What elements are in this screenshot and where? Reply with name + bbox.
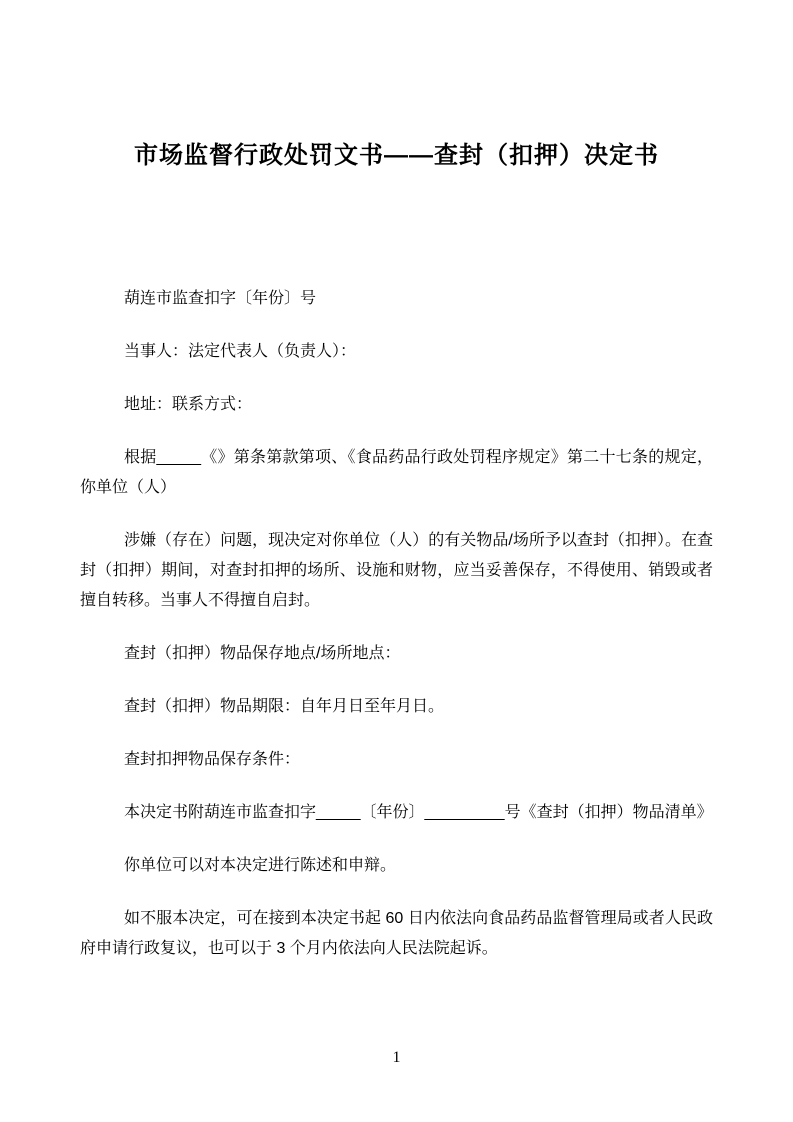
paragraph-attachment-list: 本决定书附葫连市监查扣字_____〔年份〕_________号《查封（扣押）物品… (80, 798, 713, 828)
paragraph-seizure-decision: 涉嫌（存在）问题，现决定对你单位（人）的有关物品/场所予以查封（扣押）。在查封（… (80, 526, 713, 616)
paragraph-storage-condition: 查封扣押物品保存条件： (80, 745, 713, 775)
document-page: 市场监督行政处罚文书——查封（扣押）决定书 葫连市监查扣字〔年份〕号 当事人：法… (0, 0, 793, 1122)
paragraph-address-line: 地址：联系方式： (80, 390, 713, 420)
paragraph-reference-number: 葫连市监查扣字〔年份〕号 (80, 284, 713, 314)
document-title: 市场监督行政处罚文书——查封（扣押）决定书 (0, 0, 793, 172)
paragraph-party-line: 当事人：法定代表人（负责人）： (80, 337, 713, 367)
document-body: 葫连市监查扣字〔年份〕号 当事人：法定代表人（负责人）： 地址：联系方式： 根据… (80, 284, 713, 964)
page-number: 1 (0, 1048, 793, 1068)
paragraph-statement-rights: 你单位可以对本决定进行陈述和申辩。 (80, 851, 713, 881)
paragraph-legal-basis: 根据_____《》第条第款第项、《食品药品行政处罚程序规定》第二十七条的规定，你… (80, 443, 713, 503)
paragraph-seizure-period: 查封（扣押）物品期限：自年月日至年月日。 (80, 692, 713, 722)
paragraph-storage-location: 查封（扣押）物品保存地点/场所地点： (80, 639, 713, 669)
paragraph-appeal-rights: 如不服本决定，可在接到本决定书起 60 日内依法向食品药品监督管理局或者人民政府… (80, 904, 713, 964)
